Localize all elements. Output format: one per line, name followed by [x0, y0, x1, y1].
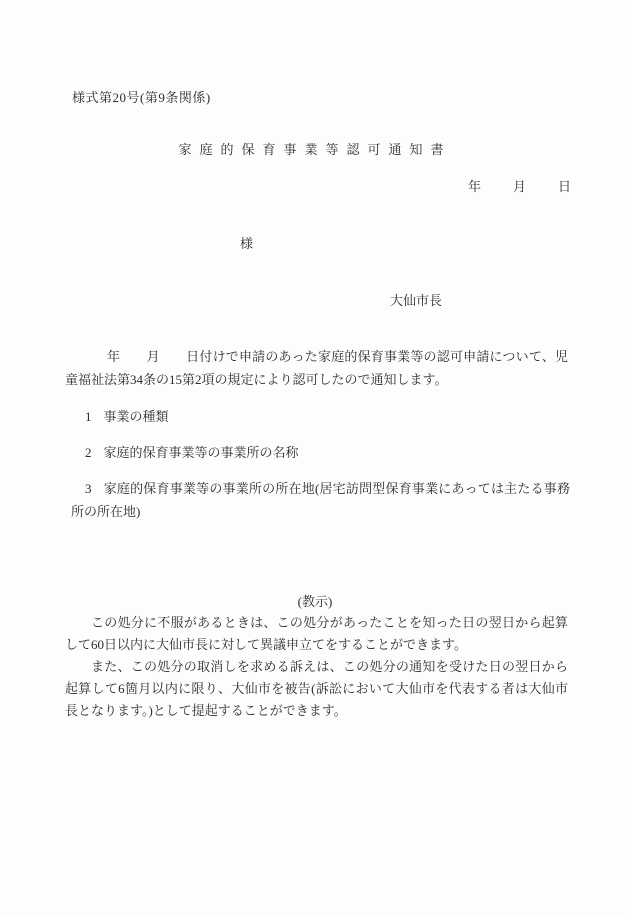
document-title: 家庭的保育事業等認可通知書	[0, 139, 630, 158]
kyoji-heading: (教示)	[0, 591, 630, 610]
body-paragraph: 年 月 日付けで申請のあった家庭的保育事業等の認可申請について、児童福祉法第34…	[65, 345, 568, 391]
list-item-1: 1事業の種類	[65, 406, 570, 429]
date-day-label: 日	[558, 176, 571, 195]
item-label: 事業の種類	[104, 409, 169, 424]
form-number: 様式第20号(第9条関係)	[72, 87, 211, 106]
item-number: 1	[85, 409, 92, 424]
kyoji-section: この処分に不服があるときは、この処分があったことを知った日の翌日から起算して60…	[65, 612, 568, 722]
item-list: 1事業の種類 2家庭的保育事業等の事業所の名称 3家庭的保育事業等の事業所の所在…	[65, 406, 570, 537]
list-item-2: 2家庭的保育事業等の事業所の名称	[65, 442, 570, 465]
document-page: 様式第20号(第9条関係) 家庭的保育事業等認可通知書 年 月 日 様 大仙市長…	[0, 0, 630, 915]
item-label: 家庭的保育事業等の事業所の名称	[104, 445, 299, 460]
kyoji-paragraph-2: また、この処分の取消しを求める訴えは、この処分の通知を受けた日の翌日から起算して…	[65, 656, 568, 722]
item-number: 3	[85, 481, 92, 496]
addressee-honorific: 様	[240, 233, 253, 252]
item-number: 2	[85, 445, 92, 460]
date-year-label: 年	[468, 176, 481, 195]
item-label: 家庭的保育事業等の事業所の所在地(居宅訪問型保育事業にあっては主たる事務所の所在…	[71, 481, 570, 519]
date-month-label: 月	[513, 176, 526, 195]
sender-title: 大仙市長	[390, 290, 442, 309]
kyoji-paragraph-1: この処分に不服があるときは、この処分があったことを知った日の翌日から起算して60…	[65, 612, 568, 656]
list-item-3: 3家庭的保育事業等の事業所の所在地(居宅訪問型保育事業にあっては主たる事務所の所…	[65, 478, 570, 523]
date-line: 年 月 日	[468, 176, 571, 195]
